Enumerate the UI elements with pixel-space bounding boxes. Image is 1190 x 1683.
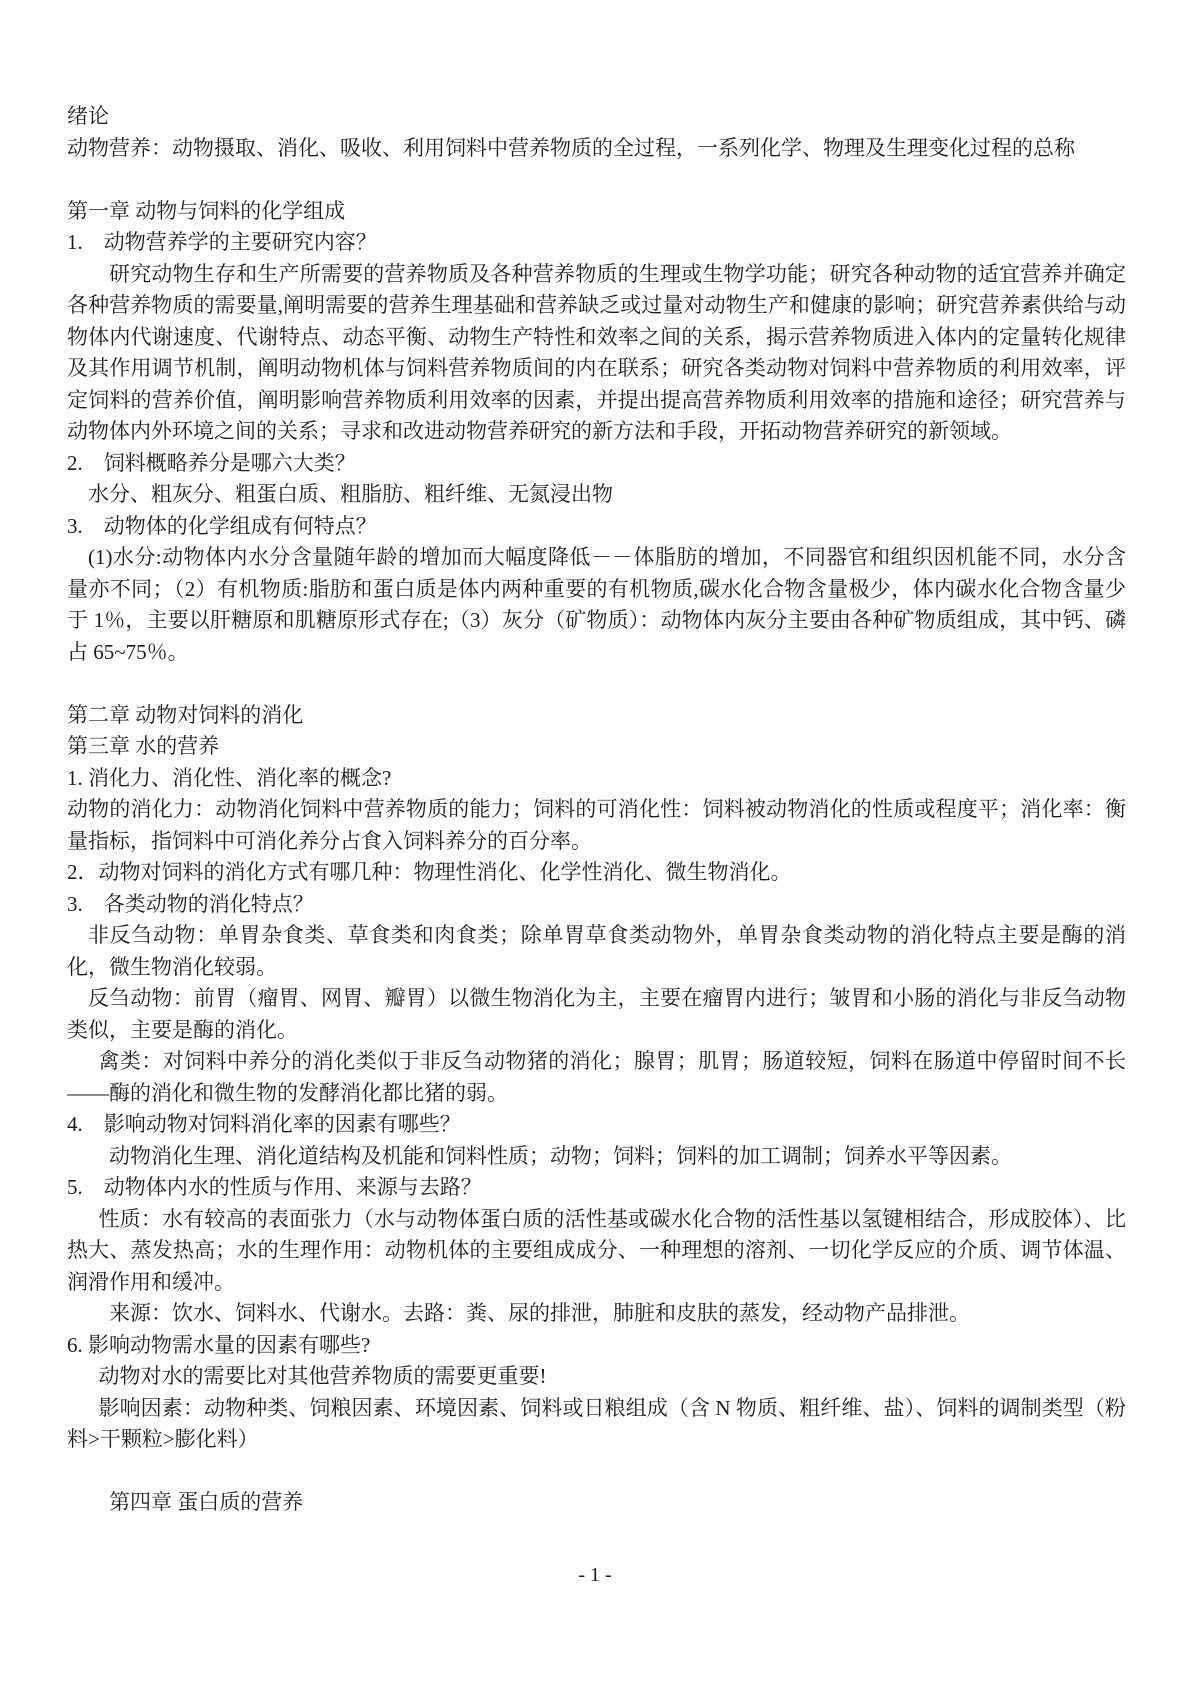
chapter1-answer-2: 水分、粗灰分、粗蛋白质、粗脂肪、粗纤维、无氮浸出物 — [67, 479, 1126, 511]
chapter3-question-3: 3. 各类动物的消化特点？ — [67, 889, 1126, 921]
chapter1-question-1: 1. 动物营养学的主要研究内容？ — [67, 227, 1126, 259]
chapter3-answer-5-properties: 性质：水有较高的表面张力（水与动物体蛋白质的活性基或碳水化合物的活性基以氢键相结… — [67, 1204, 1126, 1299]
chapter1-answer-1: 研究动物生存和生产所需要的营养物质及各种营养物质的生理或生物学功能；研究各种动物… — [67, 259, 1126, 448]
blank-line — [67, 164, 1126, 196]
chapter1-answer-3: (1)水分:动物体内水分含量随年龄的增加而大幅度降低－－体脂肪的增加，不同器官和… — [67, 542, 1126, 668]
blank-line — [67, 1456, 1126, 1488]
chapter3-question-5: 5. 动物体内水的性质与作用、来源与去路？ — [67, 1172, 1126, 1204]
chapter3-answer-6-factors: 影响因素：动物种类、饲粮因素、环境因素、饲料或日粮组成（含 N 物质、粗纤维、盐… — [67, 1393, 1126, 1456]
chapter1-title: 第一章 动物与饲料的化学组成 — [67, 196, 1126, 228]
blank-line — [67, 668, 1126, 700]
chapter1-question-3: 3. 动物体的化学组成有何特点？ — [67, 511, 1126, 543]
chapter3-answer-4: 动物消化生理、消化道结构及机能和饲料性质；动物；饲料；饲料的加工调制；饲养水平等… — [67, 1141, 1126, 1173]
chapter1-question-2: 2. 饲料概略养分是哪六大类？ — [67, 448, 1126, 480]
chapter3-question-2: 2．动物对饲料的消化方式有哪几种：物理性消化、化学性消化、微生物消化。 — [67, 857, 1126, 889]
chapter3-answer-3-ruminant: 反刍动物：前胃（瘤胃、网胃、瓣胃）以微生物消化为主，主要在瘤胃内进行；皱胃和小肠… — [67, 983, 1126, 1046]
chapter3-answer-3-nonruminant: 非反刍动物：单胃杂食类、草食类和肉食类；除单胃草食类动物外，单胃杂食类动物的消化… — [67, 920, 1126, 983]
chapter3-answer-6-importance: 动物对水的需要比对其他营养物质的需要更重要! — [67, 1361, 1126, 1393]
chapter3-question-4: 4. 影响动物对饲料消化率的因素有哪些？ — [67, 1109, 1126, 1141]
chapter3-answer-3-poultry: 禽类：对饲料中养分的消化类似于非反刍动物猪的消化；腺胃；肌胃；肠道较短，饲料在肠… — [67, 1046, 1126, 1109]
chapter4-title: 第四章 蛋白质的营养 — [67, 1487, 1126, 1519]
chapter3-question-6: 6. 影响动物需水量的因素有哪些? — [67, 1330, 1126, 1362]
chapter3-answer-1: 动物的消化力：动物消化饲料中营养物质的能力；饲料的可消化性：饲料被动物消化的性质… — [67, 794, 1126, 857]
chapter3-title: 第三章 水的营养 — [67, 731, 1126, 763]
chapter3-answer-5-sources: 来源：饮水、饲料水、代谢水。去路：粪、尿的排泄，肺脏和皮肤的蒸发，经动物产品排泄… — [67, 1298, 1126, 1330]
intro-definition: 动物营养：动物摄取、消化、吸收、利用饲料中营养物质的全过程，一系列化学、物理及生… — [67, 133, 1126, 165]
chapter3-question-1: 1. 消化力、消化性、消化率的概念? — [67, 763, 1126, 795]
document-page: 绪论 动物营养：动物摄取、消化、吸收、利用饲料中营养物质的全过程，一系列化学、物… — [0, 0, 1190, 1683]
chapter2-title: 第二章 动物对饲料的消化 — [67, 700, 1126, 732]
intro-heading: 绪论 — [67, 101, 1126, 133]
document-body: 绪论 动物营养：动物摄取、消化、吸收、利用饲料中营养物质的全过程，一系列化学、物… — [67, 101, 1126, 1519]
page-number: - 1 - — [0, 1560, 1190, 1592]
